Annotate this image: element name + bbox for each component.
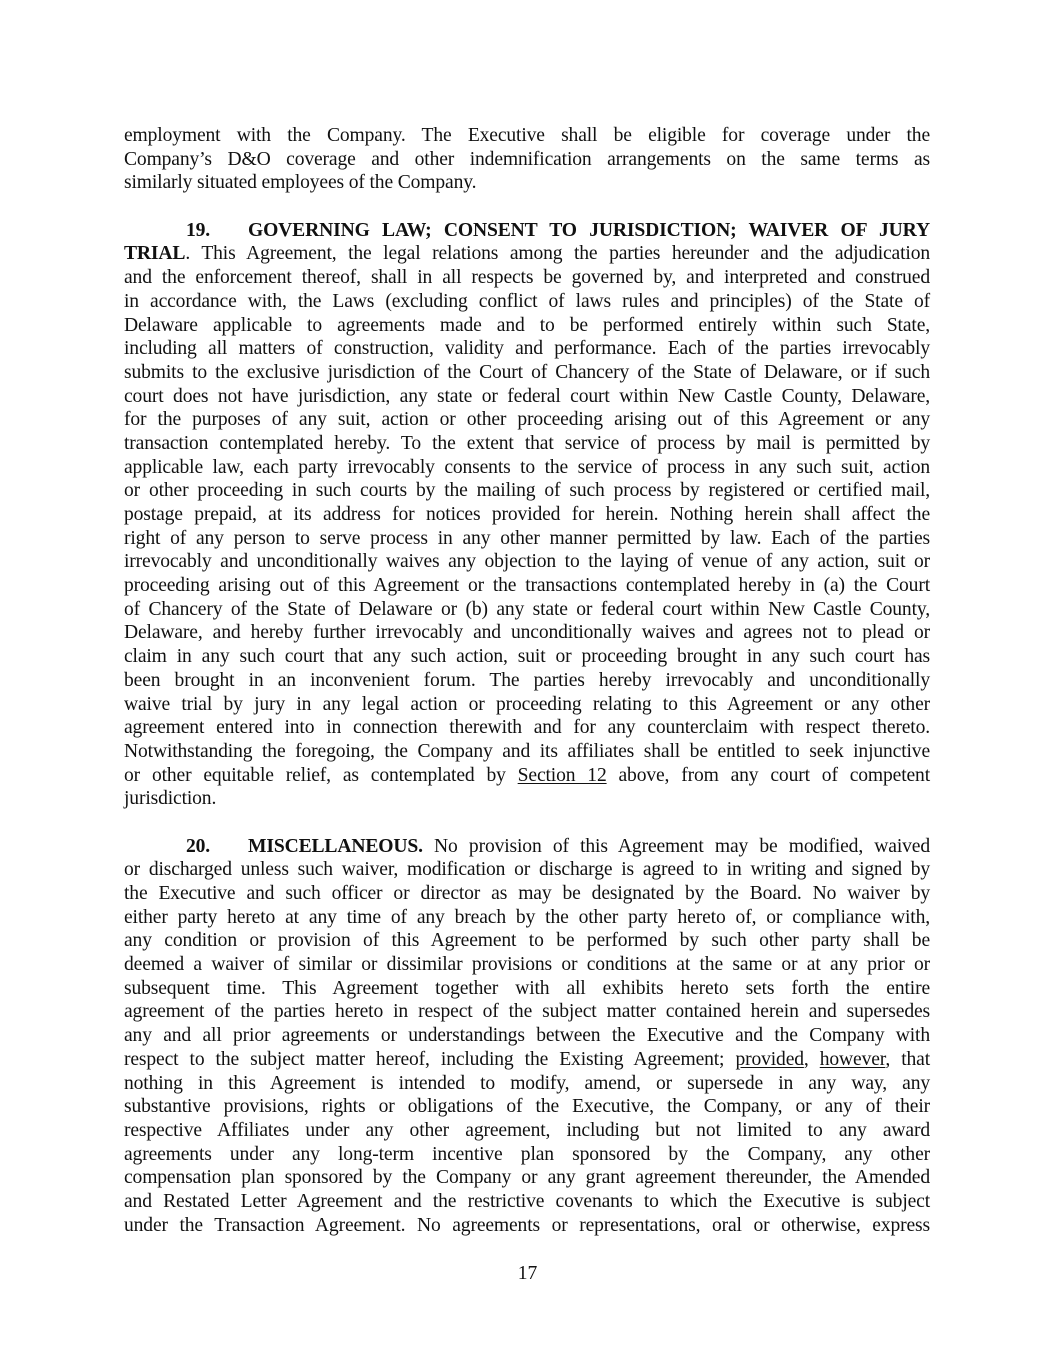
text-line: Delaware applicable to agreements made a…: [124, 314, 930, 338]
text-line: postage prepaid, at its address for noti…: [124, 503, 930, 527]
section-20: 20.MISCELLANEOUS. No provision of this A…: [124, 835, 930, 1238]
text-line: transaction contemplated hereby. To the …: [124, 432, 930, 456]
text-segment: , that: [885, 1049, 930, 1070]
text-line: or other equitable relief, as contemplat…: [124, 764, 930, 788]
text-line: any and all prior agreements or understa…: [124, 1024, 930, 1048]
text-line: respective Affiliates under any other ag…: [124, 1119, 930, 1143]
however-term: however: [820, 1049, 886, 1070]
continued-paragraph: employment with the Company. The Executi…: [124, 124, 930, 195]
section-heading-continued: TRIAL: [124, 243, 185, 264]
text-line: the Executive and such officer or direct…: [124, 882, 930, 906]
text-line: employment with the Company. The Executi…: [124, 124, 930, 148]
paragraph-gap: [124, 811, 930, 835]
text-line: submits to the exclusive jurisdiction of…: [124, 361, 930, 385]
text-line: deemed a waiver of similar or dissimilar…: [124, 953, 930, 977]
text-line: compensation plan sponsored by the Compa…: [124, 1166, 930, 1190]
text-segment: . This Agreement, the legal relations am…: [185, 243, 930, 264]
text-line: respect to the subject matter hereof, in…: [124, 1048, 930, 1072]
text-line: TRIAL. This Agreement, the legal relatio…: [124, 242, 930, 266]
text-line: Delaware, and hereby further irrevocably…: [124, 621, 930, 645]
text-line: substantive provisions, rights or obliga…: [124, 1095, 930, 1119]
text-line: under the Transaction Agreement. No agre…: [124, 1214, 930, 1238]
text-line: Notwithstanding the foregoing, the Compa…: [124, 740, 930, 764]
text-line: court does not have jurisdiction, any st…: [124, 385, 930, 409]
section-20-heading-line: 20.MISCELLANEOUS. No provision of this A…: [124, 835, 930, 859]
text-line: including all matters of construction, v…: [124, 337, 930, 361]
provided-term: provided: [735, 1049, 803, 1070]
section-12-reference: Section 12: [518, 765, 607, 786]
text-line: in accordance with, the Laws (excluding …: [124, 290, 930, 314]
text-line: of Chancery of the State of Delaware or …: [124, 598, 930, 622]
text-line: subsequent time. This Agreement together…: [124, 977, 930, 1001]
text-segment: or other equitable relief, as contemplat…: [124, 765, 518, 786]
text-line: and Restated Letter Agreement and the re…: [124, 1190, 930, 1214]
section-number: 19.: [186, 219, 248, 243]
text-line: proceeding arising out of this Agreement…: [124, 574, 930, 598]
text-line: agreement entered into in connection the…: [124, 716, 930, 740]
text-segment: respect to the subject matter hereof, in…: [124, 1049, 735, 1070]
section-heading: GOVERNING LAW; CONSENT TO JURISDICTION; …: [248, 220, 930, 241]
text-segment: No provision of this Agreement may be mo…: [423, 836, 930, 857]
text-line: any condition or provision of this Agree…: [124, 929, 930, 953]
text-line: been brought in an inconvenient forum. T…: [124, 669, 930, 693]
document-page: employment with the Company. The Executi…: [124, 124, 930, 1237]
text-line: Company’s D&O coverage and other indemni…: [124, 148, 930, 172]
section-number: 20.: [186, 835, 248, 859]
text-line: nothing in this Agreement is intended to…: [124, 1072, 930, 1096]
text-line: similarly situated employees of the Comp…: [124, 171, 930, 195]
text-line: claim in any such court that any such ac…: [124, 645, 930, 669]
text-line: agreement of the parties hereto in respe…: [124, 1000, 930, 1024]
text-line: waive trial by jury in any legal action …: [124, 693, 930, 717]
text-line: jurisdiction.: [124, 787, 930, 811]
text-line: applicable law, each party irrevocably c…: [124, 456, 930, 480]
section-heading: MISCELLANEOUS.: [248, 836, 423, 857]
section-19: 19.GOVERNING LAW; CONSENT TO JURISDICTIO…: [124, 219, 930, 811]
text-line: agreements under any long-term incentive…: [124, 1143, 930, 1167]
page-number: 17: [0, 1262, 1055, 1286]
text-line: irrevocably and unconditionally waives a…: [124, 550, 930, 574]
text-segment: ,: [804, 1049, 820, 1070]
section-19-heading-line: 19.GOVERNING LAW; CONSENT TO JURISDICTIO…: [124, 219, 930, 243]
text-line: right of any person to serve process in …: [124, 527, 930, 551]
text-line: or discharged unless such waiver, modifi…: [124, 858, 930, 882]
paragraph-gap: [124, 195, 930, 219]
text-line: for the purposes of any suit, action or …: [124, 408, 930, 432]
text-segment: above, from any court of competent: [607, 765, 930, 786]
text-line: either party hereto at any time of any b…: [124, 906, 930, 930]
text-line: and the enforcement thereof, shall in al…: [124, 266, 930, 290]
text-line: or other proceeding in such courts by th…: [124, 479, 930, 503]
